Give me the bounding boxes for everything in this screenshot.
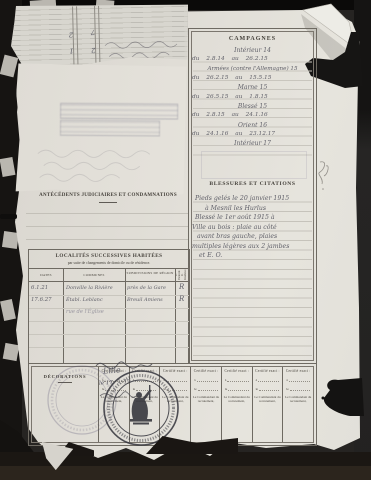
ruled-line bbox=[26, 213, 188, 214]
certification-place-line: à bbox=[256, 376, 280, 382]
le-label: le bbox=[225, 387, 227, 391]
note-column-line bbox=[76, 6, 78, 64]
column-header-domicile-residence: D. Domicile R. Résidence bbox=[175, 269, 189, 281]
blessures-line: Ville au bois : plaie au côté bbox=[192, 224, 277, 231]
ruled-line bbox=[26, 226, 188, 227]
le-label: le bbox=[286, 387, 288, 391]
column-separator bbox=[175, 268, 176, 363]
row-line bbox=[29, 321, 189, 322]
certification-column: Certifié exact : à le Le Commandant du r… bbox=[191, 367, 222, 442]
seated-figure bbox=[130, 385, 152, 425]
dotted-rule bbox=[258, 380, 279, 382]
blessures-section: BLESSURES ET CITATIONS Pieds gelés le 20… bbox=[189, 29, 316, 363]
certification-footer: Le Commandant du recrutement, bbox=[191, 395, 221, 404]
signature-mark bbox=[96, 362, 152, 369]
note-number: 2 bbox=[91, 46, 96, 54]
note-column-line bbox=[98, 6, 100, 64]
certification-header: Certifié exact : bbox=[222, 369, 252, 373]
row-commune: rue de l'Église bbox=[66, 309, 104, 315]
certification-column: Certifié exact : à le Le Commandant du r… bbox=[253, 367, 284, 442]
bleed-through-script bbox=[34, 146, 178, 187]
localites-table: LOCALITÉS SUCCESSIVES HABITÉES par suite… bbox=[28, 249, 190, 364]
le-label: le bbox=[256, 387, 258, 391]
certification-date-line: le bbox=[225, 385, 249, 391]
blessures-line: à Mesnil les Hurlus bbox=[205, 205, 266, 212]
row-line bbox=[29, 308, 189, 309]
row-dr: R bbox=[179, 283, 184, 291]
row-line bbox=[29, 295, 189, 296]
certification-place-line: à bbox=[225, 376, 249, 382]
certification-header: Certifié exact : bbox=[283, 369, 313, 373]
dotted-rule bbox=[197, 380, 218, 382]
a-label: à bbox=[286, 378, 287, 382]
certification-date-line: le bbox=[286, 385, 310, 391]
attached-letter-sheet bbox=[16, 63, 187, 194]
row-subdiv: près de la Gare bbox=[127, 285, 166, 291]
certification-place-line: à bbox=[286, 376, 310, 382]
row-dr: R bbox=[179, 295, 184, 303]
torn-edge bbox=[3, 343, 20, 361]
localites-title: LOCALITÉS SUCCESSIVES HABITÉES bbox=[29, 253, 189, 259]
row-line bbox=[29, 334, 189, 335]
le-label: le bbox=[194, 387, 196, 391]
row-commune: Établ. Leblanc bbox=[66, 297, 103, 303]
blessures-line: multiples légères aux 2 jambes bbox=[192, 243, 289, 250]
note-number: 1 bbox=[69, 46, 74, 54]
note-number: 2 bbox=[69, 30, 74, 38]
row-date: 6.1.21 bbox=[31, 285, 48, 291]
torn-edge bbox=[2, 231, 19, 249]
certification-header: Certifié exact : bbox=[253, 369, 283, 373]
a-label: à bbox=[256, 378, 257, 382]
row-commune: Donville la Rivière bbox=[66, 285, 113, 291]
certification-date-line: le bbox=[256, 385, 280, 391]
faint-stamp-icon bbox=[48, 366, 116, 434]
scanned-register-page: 2 7 1 2 CAMPAGNES Intérieur 14 bbox=[0, 0, 371, 480]
blessures-line: avant bras gauche, plaies bbox=[197, 233, 277, 240]
ink-scribble bbox=[314, 158, 336, 194]
certification-footer: Le Commandant du recrutement, bbox=[253, 395, 283, 404]
certification-place-line: à bbox=[194, 376, 218, 382]
row-line bbox=[29, 347, 189, 348]
column-header-dates: DATES bbox=[29, 273, 63, 277]
right-column-box: CAMPAGNES Intérieur 14 du 2.8.14 au 26.2… bbox=[188, 28, 317, 364]
dotted-rule bbox=[228, 389, 248, 391]
antecedents-title: ANTÉCÉDENTS JUDICIAIRES ET CONDAMNATIONS bbox=[28, 193, 188, 198]
certification-column: Certifié exact : à le Le Commandant du r… bbox=[222, 367, 253, 442]
note-number: 7 bbox=[91, 28, 96, 36]
dotted-rule bbox=[290, 389, 310, 391]
certification-footer: Le Commandant du recrutement, bbox=[283, 395, 313, 404]
localites-subtitle: par suite de changements de domicile ou … bbox=[29, 261, 189, 265]
dotted-rule bbox=[198, 389, 218, 391]
blessures-title: BLESSURES ET CITATIONS bbox=[189, 181, 316, 187]
column-header-communes: COMMUNES bbox=[63, 273, 125, 277]
column-separator bbox=[63, 268, 64, 363]
dotted-rule bbox=[289, 380, 310, 382]
certification-footer: Le Commandant du recrutement, bbox=[222, 395, 252, 404]
certification-header: Certifié exact : bbox=[191, 369, 221, 373]
certification-column: Certifié exact : à le Le Commandant du r… bbox=[283, 367, 313, 442]
ink-blot bbox=[0, 214, 17, 219]
a-label: à bbox=[225, 378, 226, 382]
dotted-rule bbox=[259, 389, 279, 391]
row-subdiv: Breuil Amiens bbox=[127, 297, 163, 303]
bleed-through-box bbox=[60, 120, 160, 137]
dotted-rule bbox=[227, 380, 248, 382]
blessures-line: Blessé le 1er août 1915 à bbox=[195, 214, 275, 221]
column-header-subdivisions: SUBDIVISIONS DE RÉGION bbox=[125, 271, 175, 275]
antecedents-underline bbox=[99, 202, 117, 203]
blessures-line: et E. O. bbox=[199, 252, 222, 259]
bleed-through-box bbox=[60, 103, 178, 120]
certification-date-line: le bbox=[194, 385, 218, 391]
row-date: 17.6.27 bbox=[31, 297, 52, 303]
ruled-line bbox=[26, 239, 188, 240]
column-separator bbox=[125, 268, 126, 363]
blessures-line: Pieds gelés le 20 janvier 1915 bbox=[195, 195, 289, 202]
ink-blot bbox=[320, 376, 364, 418]
a-label: à bbox=[194, 378, 195, 382]
